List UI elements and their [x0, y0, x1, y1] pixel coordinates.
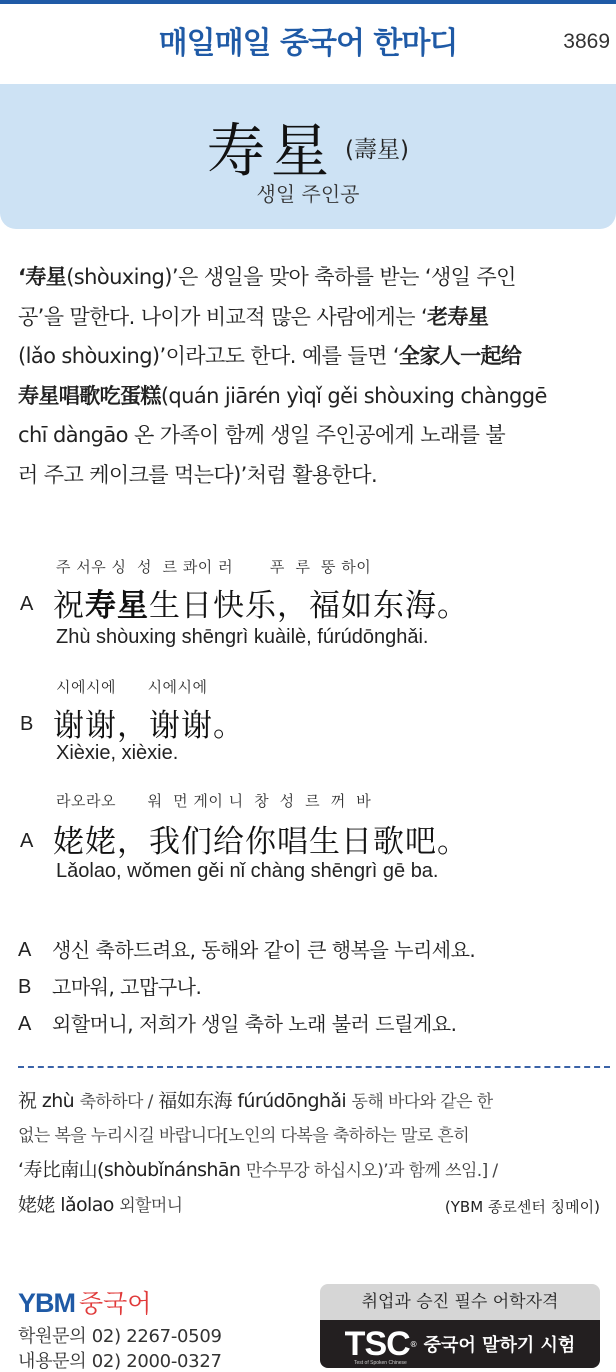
vocab-pinyin: lǎolao — [60, 1194, 114, 1216]
headword-meaning: 생일 주인공 — [0, 178, 616, 207]
vocab-hanzi: 福如东海 — [158, 1090, 232, 1112]
intro-text: (lǎo shòuxing)’이라고도 한다. 예를 들면 ‘ — [18, 344, 399, 368]
issue-number: 3869 — [563, 30, 610, 54]
translation-block: A생신 축하드려요, 동해와 같이 큰 행복을 누리세요. B고마워, 고맙구나… — [18, 932, 608, 1043]
vocab-hanzi: 祝 — [18, 1090, 36, 1112]
vocab-meaning: 없는 복을 누리시길 바랍니다[노인의 다복을 축하하는 말로 흔히 — [18, 1119, 610, 1153]
dialogue-pinyin: Zhù shòuxing shēngrì kuàilè, fúrúdōnghǎi… — [56, 626, 428, 649]
brand-kr: 중국어 — [79, 1289, 151, 1318]
dialogue-hanzi: 姥姥，我们给你唱生日歌吧。 — [53, 816, 469, 861]
headword-traditional: (壽星) — [345, 137, 409, 163]
tsc-subtitle: Test of Spoken Chinese — [354, 1360, 407, 1366]
column-title: 매일매일 중국어 한마디 — [0, 18, 616, 62]
vocab-pinyin: zhù — [42, 1090, 74, 1112]
hanzi-text: 生日快乐，福如东海。 — [149, 588, 469, 624]
vocab-meaning: 축하하다 / — [80, 1092, 153, 1112]
translation-text: 고마워, 고맙구나. — [52, 969, 201, 1006]
headword-line: 寿星(壽星) — [0, 104, 616, 188]
speaker-label: B — [20, 713, 33, 736]
tsc-tagline: 취업과 승진 필수 어학자격 — [320, 1284, 600, 1320]
translation-text: 생신 축하드려요, 동해와 같이 큰 행복을 누리세요. — [52, 932, 475, 969]
top-rule — [0, 0, 616, 4]
registered-mark-icon: ® — [410, 1340, 418, 1349]
brand-en: YBM — [18, 1288, 75, 1318]
vocab-hanzi: ‘寿比南山 — [18, 1159, 97, 1181]
contact-academy: 학원문의 02) 2267-0509 — [18, 1322, 222, 1348]
translation-row: A생신 축하드려요, 동해와 같이 큰 행복을 누리세요. — [18, 932, 608, 969]
korean-pronunciation: 주 서우 싱 성 르 콰이 러 푸 루 뚱 하이 — [56, 556, 371, 577]
intro-paragraph: ‘寿星(shòuxing)’은 생일을 맞아 축하를 받는 ‘생일 주인 공’을… — [18, 258, 602, 495]
vocab-meaning: 만수무강 하십시오)’과 함께 쓰임.] / — [246, 1161, 498, 1181]
tsc-label: 중국어 말하기 시험 — [424, 1331, 576, 1357]
hanzi-text: 祝 — [53, 588, 85, 624]
vocab-meaning: 동해 바다와 같은 한 — [352, 1092, 493, 1112]
dialogue-hanzi: 谢谢，谢谢。 — [53, 700, 245, 745]
dialogue-hanzi: 祝寿星生日快乐，福如东海。 — [53, 580, 469, 625]
intro-text: (quán jiārén yìqǐ gěi shòuxing chànggē — [161, 384, 547, 408]
author-credit: (YBM 종로센터 칭메이) — [445, 1196, 600, 1217]
intro-hanzi: ‘寿星 — [18, 265, 66, 289]
vocab-hanzi: 姥姥 — [18, 1194, 55, 1216]
speaker-label: B — [18, 969, 52, 1006]
intro-text: (shòuxing)’은 생일을 맞아 축하를 받는 ‘생일 주인 — [66, 265, 516, 289]
dashed-divider — [18, 1066, 610, 1068]
vocab-pinyin: (shòubǐnánshān — [97, 1159, 240, 1181]
speaker-label: A — [20, 830, 33, 853]
intro-hanzi: 老寿星 — [427, 305, 488, 329]
hanzi-highlight: 寿星 — [85, 588, 149, 624]
intro-text: 러 주고 케이크를 먹는다)’처럼 활용한다. — [18, 456, 602, 496]
translation-text: 외할머니, 저희가 생일 축하 노래 불러 드릴게요. — [52, 1006, 456, 1043]
intro-text: 공’을 말한다. 나이가 비교적 많은 사람에게는 ‘ — [18, 305, 427, 329]
translation-row: A외할머니, 저희가 생일 축하 노래 불러 드릴게요. — [18, 1006, 608, 1043]
speaker-label: A — [18, 1006, 52, 1043]
tsc-logo: TSC — [345, 1325, 410, 1364]
tsc-ad-banner: 취업과 승진 필수 어학자격 TSC® 중국어 말하기 시험 Test of S… — [320, 1284, 600, 1368]
vocab-pinyin: fúrúdōnghǎi — [237, 1090, 346, 1112]
vocab-meaning: 외할머니 — [119, 1196, 182, 1216]
ybm-logo: YBM중국어 — [18, 1284, 151, 1320]
korean-pronunciation: 시에시에 시에시에 — [56, 676, 208, 697]
intro-hanzi: 寿星唱歌吃蛋糕 — [18, 384, 161, 408]
tsc-bar: TSC® 중국어 말하기 시험 Test of Spoken Chinese — [320, 1320, 600, 1368]
dialogue-pinyin: Lǎolao, wǒmen gěi nǐ chàng shēngrì gē ba… — [56, 860, 439, 883]
contact-content: 내용문의 02) 2000-0327 — [18, 1347, 222, 1372]
speaker-label: A — [18, 932, 52, 969]
speaker-label: A — [20, 593, 33, 616]
headword-box: 寿星(壽星) 생일 주인공 — [0, 84, 616, 229]
translation-row: B고마워, 고맙구나. — [18, 969, 608, 1006]
intro-hanzi: 全家人一起给 — [399, 344, 521, 368]
intro-text: chī dàngāo 온 가족이 함께 생일 주인공에게 노래를 불 — [18, 416, 602, 456]
headword-hanzi: 寿星 — [207, 117, 335, 185]
dialogue-pinyin: Xièxie, xièxie. — [56, 742, 178, 765]
korean-pronunciation: 라오라오 워 먼 게이 니 창 성 르 꺼 바 — [56, 790, 371, 811]
